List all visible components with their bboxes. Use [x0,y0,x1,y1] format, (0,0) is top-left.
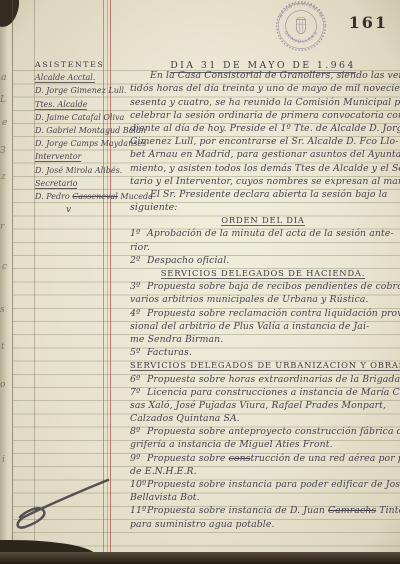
text-segment: Aprobación de la minuta del acta de la s… [147,228,394,239]
minutes-line: bet Arnau en Madrid, para gestionar asun… [130,148,396,161]
gutter-fragment: i [2,455,5,465]
text-segment: Interventor [35,152,81,162]
session-date-heading: DIA 31 DE MAYO DE 1.964 [130,56,396,69]
attendee-line: Secretario [35,177,107,190]
text-segment: Casseneval [72,192,118,201]
attendees-margin-column: ASISTENTES Alcalde Acctal.D. Jorge Gimen… [35,58,107,203]
minutes-line: sas Xaló, José Pujadas Viura, Rafael Pra… [130,399,396,412]
page-edge-line [12,0,13,552]
minutes-line: El Sr. Presidente declara abierta la ses… [130,188,396,201]
item-number: 4º [130,307,147,320]
attendee-line: D. Pedro Casseneval Muceda [35,190,107,203]
minutes-line: SERVICIOS DELEGADOS DE URBANIZACION Y OB… [130,359,396,372]
attendee-line: D. Jaime Catafal Oliva [35,111,107,124]
page-number: 161 [349,13,388,32]
minutes-text: En la Casa Consistorial de Granollers, s… [130,69,396,531]
text-segment: D. Pedro [35,192,72,201]
stamp-crest [296,18,305,34]
attendee-line: D. Jorge Camps Maydanses [35,137,107,150]
text-segment: tidós horas del día treinta y uno de may… [130,83,400,94]
gutter-fragment: z [1,172,6,182]
text-segment: Propuesta sobre reclamación contra liqui… [147,308,400,319]
item-number: 3º [130,280,147,293]
margin-red-line [110,0,111,552]
minutes-line: rior. [130,241,396,254]
text-segment: Facturas. [147,347,192,358]
item-number: 10º [130,478,147,491]
minutes-line: 9ºPropuesta sobre construcción de una re… [130,452,396,465]
minutes-line: para suministro agua potable. [130,518,396,531]
gutter-fragment: e [2,118,7,128]
minutes-line: siguiente: [130,201,396,214]
text-segment: Propuesta sobre anteproyecto construcció… [147,426,400,437]
text-segment: Calzados Quintana SA. [130,413,240,424]
text-segment: Propuesta sobre instancia de D. Juan [147,505,328,516]
section-heading: SERVICIOS DELEGADOS DE HACIENDA. [161,268,365,279]
text-segment: Secretario [35,179,77,189]
minutes-line: sional del arbitrio de Plus Valía a inst… [130,320,396,333]
text-segment: sas Xaló, José Pujadas Viura, Rafael Pra… [130,400,386,411]
text-segment: trucción de una red aérea por parte [251,453,400,464]
book-bottom-edge [0,552,400,564]
attendees-list: Alcalde Acctal.D. Jorge Gimenez Lull.Tte… [35,71,107,203]
margin-check-mark: v [66,205,71,215]
gutter-fragment: a [1,73,6,83]
text-segment: Gimenez Lull, por encontrarse el Sr. Alc… [130,136,398,147]
minutes-line: tidós horas del día treinta y uno de may… [130,82,396,95]
gutter-fragment: s [0,305,5,315]
text-segment: Propuesta sobre [147,453,229,464]
ink-flourish [8,472,118,534]
text-segment: Licencia para construcciones a instancia… [147,387,400,398]
section-heading: SERVICIOS DELEGADOS DE URBANIZACION Y OB… [130,360,400,371]
text-segment: grifería a instancia de Miguel Aties Fro… [130,439,333,450]
section-heading: ORDEN DEL DIA [221,215,305,226]
item-number: 7º [130,386,147,399]
text-segment: siguiente: [130,202,178,213]
text-segment: Ttes. Alcalde [35,100,87,110]
minutes-line: celebrar la sesión ordinaria de primera … [130,109,396,122]
minutes-body-column: DIA 31 DE MAYO DE 1.964 En la Casa Consi… [130,56,396,531]
minutes-line: 2ºDespacho oficial. [130,254,396,267]
item-number: 1º [130,227,147,240]
scanned-minutes-page: aLe3zrcstoi · AYUNTAMIENTO · · GRANOLLER… [0,0,400,564]
minutes-line: 1ºAprobación de la minuta del acta de la… [130,227,396,240]
minutes-line: En la Casa Consistorial de Granollers, s… [130,69,396,82]
text-segment: Bellavista Bot. [130,492,200,503]
minutes-line: SERVICIOS DELEGADOS DE HACIENDA. [130,267,396,280]
item-number: 8º [130,425,147,438]
text-segment: El Sr. Presidente declara abierta la ses… [150,189,387,200]
minutes-line: Bellavista Bot. [130,491,396,504]
minutes-line: ORDEN DEL DIA [130,214,396,227]
minutes-line: de E.N.H.E.R. [130,465,396,478]
gutter-fragment: o [0,380,5,390]
item-number: 6º [130,373,147,386]
text-segment: Propuesta sobre horas extraordinarias de… [147,374,400,385]
text-segment: sesenta y cuatro, se ha reunido la Comis… [130,97,400,108]
text-segment: D. Jaime Catafal Oliva [35,113,124,122]
item-number: 5º [130,346,147,359]
attendee-line: Ttes. Alcalde [35,98,107,111]
minutes-line: 6ºPropuesta sobre horas extraordinarias … [130,373,396,386]
text-segment: me Sendra Birman. [130,334,223,345]
text-segment: de E.N.H.E.R. [130,466,197,477]
text-segment: Propuesta sobre instancia para poder edi… [147,479,400,490]
attendees-header: ASISTENTES [35,58,107,71]
text-segment: tario y el Interventor, cuyos nombres se… [130,176,400,187]
gutter-fragment: t [1,342,5,352]
minutes-line: me Sendra Birman. [130,333,396,346]
text-segment: miento, y asisten todos los demás Ttes d… [130,163,400,174]
item-number: 2º [130,254,147,267]
text-segment: sional del arbitrio de Plus Valía a inst… [130,321,369,332]
attendee-line: D. Jorge Gimenez Lull. [35,84,107,97]
minutes-line: miento, y asisten todos los demás Ttes d… [130,162,396,175]
text-segment: Camrachs [328,505,376,516]
text-segment: rior. [130,242,150,253]
text-segment: diente al día de hoy. Preside el 1º Tte.… [130,123,400,134]
text-segment: D. José Mirola Alibés. [35,166,122,175]
text-segment: Propuesta sobre baja de recibos pendient… [147,281,400,292]
text-segment: varios arbitrios municipales de Urbana y… [130,294,369,305]
minutes-line: 10ºPropuesta sobre instancia para poder … [130,478,396,491]
minutes-line: grifería a instancia de Miguel Aties Fro… [130,438,396,451]
minutes-line: varios arbitrios municipales de Urbana y… [130,293,396,306]
gutter-fragment: 3 [0,146,6,156]
gutter-fragment: L [0,95,6,105]
minutes-line: Calzados Quintana SA. [130,412,396,425]
attendee-line: D. Gabriel Montagud Balán [35,124,107,137]
text-segment: Tintó [376,505,400,516]
minutes-line: 7ºLicencia para construcciones a instanc… [130,386,396,399]
text-segment: Alcalde Acctal. [35,73,95,83]
item-number: 11º [130,504,147,517]
item-number: 9º [130,452,147,465]
minutes-line: 4ºPropuesta sobre reclamación contra liq… [130,307,396,320]
gutter-fragment: c [2,262,7,272]
text-segment: para suministro agua potable. [130,519,275,530]
text-segment: D. Jorge Gimenez Lull. [35,86,127,95]
text-segment: Despacho oficial. [147,255,229,266]
attendee-line: D. José Mirola Alibés. [35,164,107,177]
text-segment: cons [229,453,251,464]
minutes-line: 3ºPropuesta sobre baja de recibos pendie… [130,280,396,293]
minutes-line: sesenta y cuatro, se ha reunido la Comis… [130,96,396,109]
minutes-line: diente al día de hoy. Preside el 1º Tte.… [130,122,396,135]
text-segment: bet Arnau en Madrid, para gestionar asun… [130,149,400,160]
minutes-line: 8ºPropuesta sobre anteproyecto construcc… [130,425,396,438]
minutes-line: Gimenez Lull, por encontrarse el Sr. Alc… [130,135,396,148]
minutes-line: tario y el Interventor, cuyos nombres se… [130,175,396,188]
gutter-fragment: r [0,222,4,232]
text-segment: En la Casa Consistorial de Granollers, s… [150,70,400,81]
attendee-line: Alcalde Acctal. [35,71,107,84]
text-segment: celebrar la sesión ordinaria de primera … [130,110,400,121]
ayuntamiento-granollers-stamp: · AYUNTAMIENTO · · GRANOLLERS · [272,0,330,54]
minutes-line: 5ºFacturas. [130,346,396,359]
margin-separator-line-2 [107,0,108,552]
attendee-line: Interventor [35,150,107,163]
minutes-line: 11ºPropuesta sobre instancia de D. Juan … [130,504,396,517]
